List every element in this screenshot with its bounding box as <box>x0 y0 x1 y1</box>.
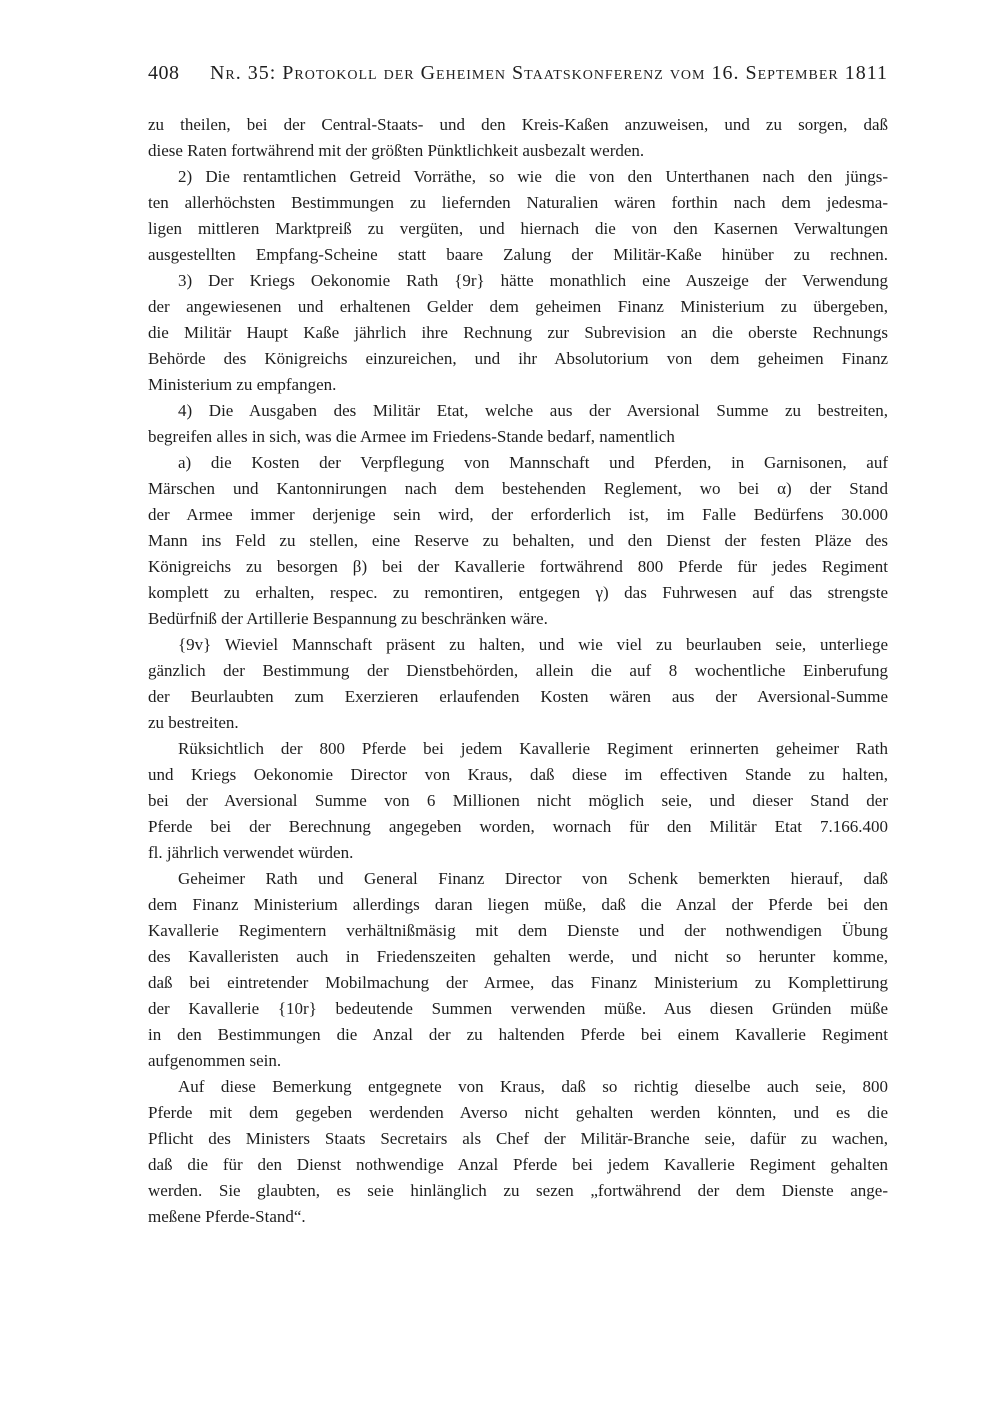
paragraph: 3) Der Kriegs Oekonomie Rath {9r} hätte … <box>148 268 888 398</box>
text-line: zu theilen, bei der Central-Staats- und … <box>148 112 888 138</box>
text-line: {9v} Wieviel Mannschaft präsent zu halte… <box>148 632 888 658</box>
text-line: ligen mittleren Marktpreiß zu vergüten, … <box>148 216 888 242</box>
text-line: werden. Sie glaubten, es seie hinlänglic… <box>148 1178 888 1204</box>
paragraph: a) die Kosten der Verpflegung von Mannsc… <box>148 450 888 632</box>
text-line: aufgenommen sein. <box>148 1048 888 1074</box>
paragraph: Geheimer Rath und General Finanz Directo… <box>148 866 888 1074</box>
text-line: der angewiesenen und erhaltenen Gelder d… <box>148 294 888 320</box>
text-line: fl. jährlich verwendet würden. <box>148 840 888 866</box>
text-line: Rüksichtlich der 800 Pferde bei jedem Ka… <box>148 736 888 762</box>
text-line: Pferde mit dem gegeben werdenden Averso … <box>148 1100 888 1126</box>
book-page: 408 Nr. 35: Protokoll der Geheimen Staat… <box>0 0 1004 1418</box>
text-line: des Kavalleristen auch in Friedenszeiten… <box>148 944 888 970</box>
text-line: diese Raten fortwährend mit der größten … <box>148 138 888 164</box>
text-line: 2) Die rentamtlichen Getreid Vorräthe, s… <box>148 164 888 190</box>
text-line: Bedürfniß der Artillerie Bespannung zu b… <box>148 606 888 632</box>
text-line: und Kriegs Oekonomie Director von Kraus,… <box>148 762 888 788</box>
text-line: Mann ins Feld zu stellen, eine Reserve z… <box>148 528 888 554</box>
text-line: die Militär Haupt Kaße jährlich ihre Rec… <box>148 320 888 346</box>
text-line: Ministerium zu empfangen. <box>148 372 888 398</box>
text-line: 3) Der Kriegs Oekonomie Rath {9r} hätte … <box>148 268 888 294</box>
text-line: daß die für den Dienst nothwendige Anzal… <box>148 1152 888 1178</box>
text-line: Königreichs zu besorgen β) bei der Kaval… <box>148 554 888 580</box>
text-line: Märschen und Kantonnirungen nach dem bes… <box>148 476 888 502</box>
text-line: in den Bestimmungen die Anzal der zu hal… <box>148 1022 888 1048</box>
paragraph: 4) Die Ausgaben des Militär Etat, welche… <box>148 398 888 450</box>
text-line: Kavallerie Regimentern verhältnißmäsig m… <box>148 918 888 944</box>
text-line: daß bei eintretender Mobilmachung der Ar… <box>148 970 888 996</box>
text-line: ausgestellten Empfang-Scheine statt baar… <box>148 242 888 268</box>
text-line: der Beurlaubten zum Exerzieren erlaufend… <box>148 684 888 710</box>
paragraph: zu theilen, bei der Central-Staats- und … <box>148 112 888 164</box>
text-line: Geheimer Rath und General Finanz Directo… <box>148 866 888 892</box>
text-line: a) die Kosten der Verpflegung von Mannsc… <box>148 450 888 476</box>
text-line: zu bestreiten. <box>148 710 888 736</box>
text-line: der Armee immer derjenige sein wird, der… <box>148 502 888 528</box>
paragraph: 2) Die rentamtlichen Getreid Vorräthe, s… <box>148 164 888 268</box>
page-number: 408 <box>148 62 180 85</box>
text-line: der Kavallerie {10r} bedeutende Summen v… <box>148 996 888 1022</box>
text-line: Auf diese Bemerkung entgegnete von Kraus… <box>148 1074 888 1100</box>
page-header: 408 Nr. 35: Protokoll der Geheimen Staat… <box>148 62 888 85</box>
text-line: gänzlich der Bestimmung der Dienstbehörd… <box>148 658 888 684</box>
text-line: Behörde des Königreichs einzureichen, un… <box>148 346 888 372</box>
text-body: zu theilen, bei der Central-Staats- und … <box>148 112 888 1230</box>
text-line: Pferde bei der Berechnung angegeben word… <box>148 814 888 840</box>
text-line: Pflicht des Ministers Staats Secretairs … <box>148 1126 888 1152</box>
text-line: begreifen alles in sich, was die Armee i… <box>148 424 888 450</box>
text-line: dem Finanz Ministerium allerdings daran … <box>148 892 888 918</box>
text-line: 4) Die Ausgaben des Militär Etat, welche… <box>148 398 888 424</box>
running-title: Nr. 35: Protokoll der Geheimen Staatskon… <box>180 62 889 85</box>
text-line: ten allerhöchsten Bestimmungen zu liefer… <box>148 190 888 216</box>
text-line: komplett zu erhalten, respec. zu remonti… <box>148 580 888 606</box>
paragraph: Auf diese Bemerkung entgegnete von Kraus… <box>148 1074 888 1230</box>
paragraph: Rüksichtlich der 800 Pferde bei jedem Ka… <box>148 736 888 866</box>
text-line: meßene Pferde-Stand“. <box>148 1204 888 1230</box>
text-line: bei der Aversional Summe von 6 Millionen… <box>148 788 888 814</box>
paragraph: {9v} Wieviel Mannschaft präsent zu halte… <box>148 632 888 736</box>
